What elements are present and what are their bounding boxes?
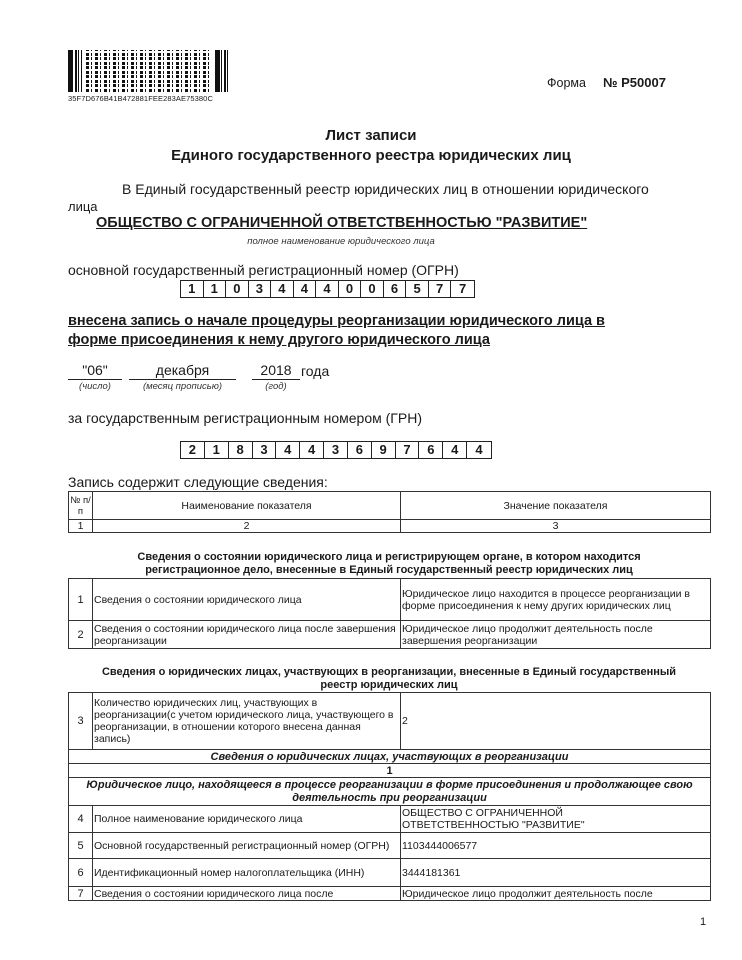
grn-digit: 7	[396, 442, 420, 458]
subheader-row: Сведения о юридических лицах, участвующи…	[69, 750, 711, 764]
ogrn-digit: 3	[249, 281, 272, 297]
row-number: 6	[69, 859, 93, 887]
grn-digit: 4	[443, 442, 467, 458]
grn-digit: 8	[229, 442, 253, 458]
document-title: Лист записи	[0, 127, 742, 144]
grn-digit: 1	[205, 442, 229, 458]
row-value: 3444181361	[401, 859, 711, 887]
grn-digit: 4	[467, 442, 491, 458]
section1-table: 1 Сведения о состоянии юридического лица…	[68, 578, 711, 649]
grn-digit: 6	[419, 442, 443, 458]
section2-table: 3 Количество юридических лиц, участвующи…	[68, 692, 711, 901]
row-name: Сведения о состоянии юридического лица	[93, 579, 401, 621]
ogrn-digit: 4	[316, 281, 339, 297]
page-number: 1	[700, 916, 706, 928]
grn-digit: 4	[300, 442, 324, 458]
row-name: Основной государственный регистрационный…	[93, 833, 401, 859]
ogrn-digit: 6	[384, 281, 407, 297]
row-number: 4	[69, 806, 93, 833]
entry-description-line1: внесена запись о начале процедуры реорга…	[68, 313, 605, 329]
document-subtitle: Единого государственного реестра юридиче…	[0, 147, 742, 164]
ogrn-digit: 0	[361, 281, 384, 297]
row-number: 3	[69, 693, 93, 750]
grn-digit: 4	[276, 442, 300, 458]
column-number: 1	[69, 520, 93, 533]
section1-title-line1: Сведения о состоянии юридического лица и…	[68, 551, 710, 564]
company-name-caption: полное наименование юридического лица	[0, 236, 742, 247]
participant-number: 1	[69, 764, 711, 778]
entity-header: Юридическое лицо, находящееся в процессе…	[69, 778, 711, 806]
row-number: 7	[69, 887, 93, 901]
row-name: Сведения о состоянии юридического лица п…	[93, 621, 401, 649]
row-number: 5	[69, 833, 93, 859]
grn-digits: 2 1 8 3 4 4 3 6 9 7 6 4 4	[180, 441, 492, 459]
header-cell-number: № п/п	[69, 492, 93, 520]
date-month: декабря	[129, 362, 236, 380]
subnumber-row: 1	[69, 764, 711, 778]
table-row: 7 Сведения о состоянии юридического лица…	[69, 887, 711, 901]
barcode-text: 35F7D676B41B472881FEE283AE75380C	[68, 94, 213, 103]
ogrn-digit: 7	[429, 281, 452, 297]
row-number: 2	[69, 621, 93, 649]
grn-label: за государственным регистрационным номер…	[68, 410, 422, 426]
grn-digit: 6	[348, 442, 372, 458]
ogrn-digit: 1	[204, 281, 227, 297]
table-row: 2 Сведения о состоянии юридического лица…	[69, 621, 711, 649]
ogrn-digit: 1	[181, 281, 204, 297]
table-column-numbers-row: 1 2 3	[69, 520, 711, 533]
ogrn-digit: 5	[406, 281, 429, 297]
form-label: Форма	[547, 76, 586, 90]
participants-subheader: Сведения о юридических лицах, участвующи…	[69, 750, 711, 764]
entity-header-row: Юридическое лицо, находящееся в процессе…	[69, 778, 711, 806]
ogrn-digits: 1 1 0 3 4 4 4 0 0 6 5 7 7	[180, 280, 475, 298]
ogrn-digit: 7	[451, 281, 474, 297]
ogrn-digit: 4	[294, 281, 317, 297]
entry-description-line2: форме присоединения к нему другого юриди…	[68, 332, 490, 348]
table-row: 5 Основной государственный регистрационн…	[69, 833, 711, 859]
date-day: "06"	[68, 362, 122, 380]
row-name: Сведения о состоянии юридического лица п…	[93, 887, 401, 901]
barcode	[68, 50, 228, 92]
table-row: 6 Идентификационный номер налогоплательщ…	[69, 859, 711, 887]
table-header-row: № п/п Наименование показателя Значение п…	[69, 492, 711, 520]
grn-digit: 3	[324, 442, 348, 458]
date-suffix: года	[301, 363, 329, 379]
date-month-caption: (месяц прописью)	[129, 381, 236, 392]
ogrn-digit: 0	[226, 281, 249, 297]
table-row: 1 Сведения о состоянии юридического лица…	[69, 579, 711, 621]
row-name: Идентификационный номер налогоплательщик…	[93, 859, 401, 887]
section2-title-line1: Сведения о юридических лицах, участвующи…	[68, 666, 710, 679]
row-value: 2	[401, 693, 711, 750]
date-day-caption: (число)	[68, 381, 122, 392]
row-value: Юридическое лицо находится в процессе ре…	[401, 579, 711, 621]
row-value: ОБЩЕСТВО С ОГРАНИЧЕННОЙ ОТВЕТСТВЕННОСТЬЮ…	[401, 806, 711, 833]
ogrn-digit: 4	[271, 281, 294, 297]
row-value: Юридическое лицо продолжит деятельность …	[401, 621, 711, 649]
table-row: 3 Количество юридических лиц, участвующи…	[69, 693, 711, 750]
grn-digit: 3	[253, 442, 277, 458]
date-year: 2018	[252, 362, 300, 380]
header-cell-value: Значение показателя	[401, 492, 711, 520]
row-number: 1	[69, 579, 93, 621]
row-name: Количество юридических лиц, участвующих …	[93, 693, 401, 750]
header-cell-name: Наименование показателя	[93, 492, 401, 520]
row-value: 1103444006577	[401, 833, 711, 859]
intro-text-cont: лица	[68, 199, 98, 214]
column-number: 3	[401, 520, 711, 533]
section1-title-line2: регистрационное дело, внесенные в Единый…	[68, 564, 710, 577]
company-name: ОБЩЕСТВО С ОГРАНИЧЕННОЙ ОТВЕТСТВЕННОСТЬЮ…	[96, 215, 587, 231]
grn-digit: 9	[372, 442, 396, 458]
column-number: 2	[93, 520, 401, 533]
ogrn-digit: 0	[339, 281, 362, 297]
row-value: Юридическое лицо продолжит деятельность …	[401, 887, 711, 901]
row-name: Полное наименование юридического лица	[93, 806, 401, 833]
intro-text: В Единый государственный реестр юридичес…	[122, 181, 649, 197]
section2-title-line2: реестр юридических лиц	[68, 679, 710, 692]
table-row: 4 Полное наименование юридического лица …	[69, 806, 711, 833]
date-year-caption: (год)	[252, 381, 300, 392]
form-number: № Р50007	[603, 75, 666, 90]
header-table: № п/п Наименование показателя Значение п…	[68, 491, 711, 533]
ogrn-label: основной государственный регистрационный…	[68, 262, 459, 278]
table-intro: Запись содержит следующие сведения:	[68, 474, 328, 490]
grn-digit: 2	[181, 442, 205, 458]
